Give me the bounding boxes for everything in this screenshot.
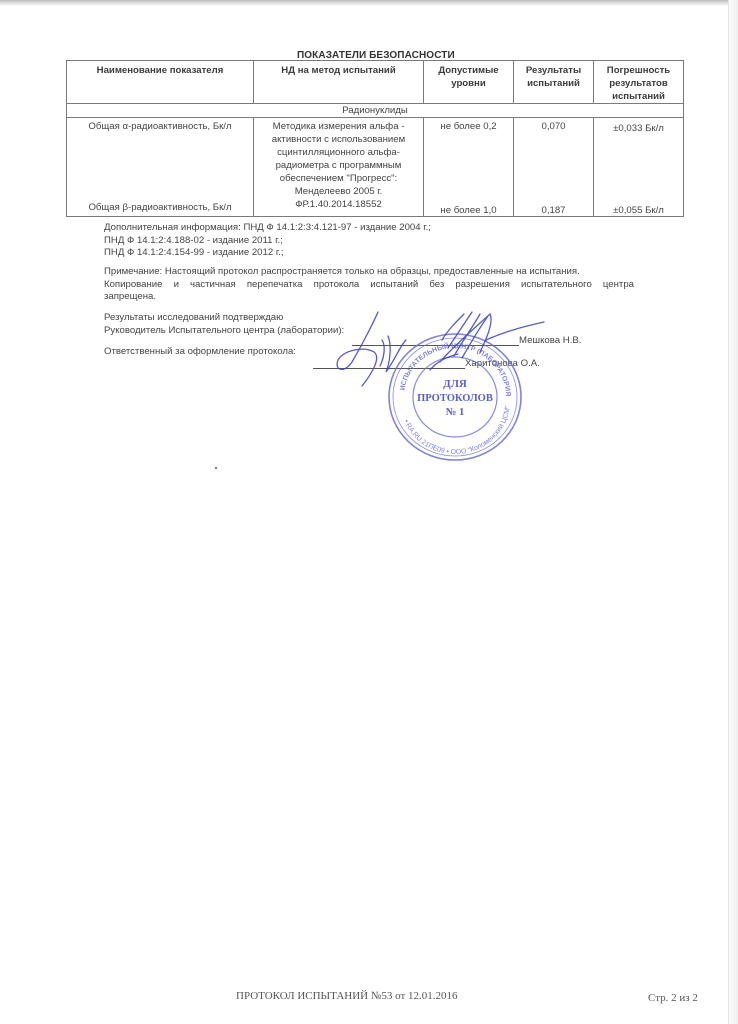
allowed-beta: не более 1,0 [424,204,513,217]
additional-info: Дополнительная информация: ПНД Ф 14.1:2:… [104,222,431,260]
indicator-alpha: Общая α-радиоактивность, Бк/л [67,120,253,133]
error-cell: ±0,033 Бк/л ±0,055 Бк/л [594,118,684,217]
group-label: Радионуклиды [67,104,684,118]
error-alpha: ±0,033 Бк/л [594,122,683,135]
scan-right-edge [728,0,738,1024]
header-allowed: Допустимые уровни [424,61,514,104]
confirmation-block: Результаты исследований подтверждаю Руко… [104,312,344,359]
footer-protocol-number: ПРОТОКОЛ ИСПЫТАНИЙ №53 от 12.01.2016 [236,990,458,1002]
note: Примечание: Настоящий протокол распростр… [104,266,634,304]
stamp-line-3: № 1 [446,407,464,418]
safety-indicators-table: Наименование показателя НД на метод испы… [66,60,684,217]
scan-speck [215,467,217,469]
confirmation-text: Результаты исследований подтверждаю [104,312,344,325]
result-alpha: 0,070 [514,120,593,133]
group-row-radionuclides: Радионуклиды [67,104,684,118]
header-result: Результаты испытаний [514,61,594,104]
method-description: Методика измерения альфа - активности с … [257,118,420,211]
result-cell: 0,070 0,187 [514,118,594,217]
responsible-label: Ответственный за оформление протокола: [104,346,344,359]
method-cell: Методика измерения альфа - активности с … [254,118,424,217]
table-header-row: Наименование показателя НД на метод испы… [67,61,684,104]
scan-top-shadow [0,0,738,6]
header-method: НД на метод испытаний [254,61,424,104]
indicator-beta: Общая β-радиоактивность, Бк/л [67,201,253,214]
allowed-cell: не более 0,2 не более 1,0 [424,118,514,217]
header-error: Погрешность результатов испытаний [594,61,684,104]
table-row: Общая α-радиоактивность, Бк/л Общая β-ра… [67,118,684,217]
indicator-cell: Общая α-радиоактивность, Бк/л Общая β-ра… [67,118,254,217]
header-indicator: Наименование показателя [67,61,254,104]
handwritten-signatures [330,300,560,400]
head-label: Руководитель Испытательного центра (лабо… [104,325,344,338]
result-beta: 0,187 [514,204,593,217]
error-beta: ±0,055 Бк/л [594,204,683,217]
allowed-alpha: не более 0,2 [424,120,513,133]
footer-page-number: Стр. 2 из 2 [648,992,698,1004]
